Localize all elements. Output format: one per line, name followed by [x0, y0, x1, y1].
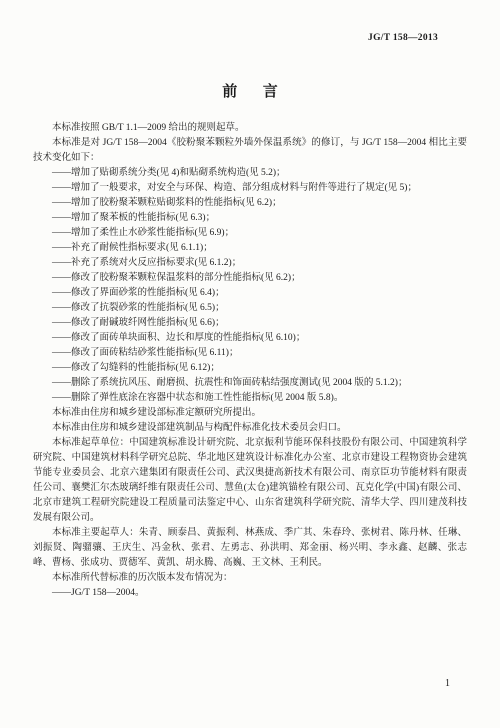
- paragraph: ——修改了面砖粘结砂浆性能指标(见 6.11)；: [33, 346, 467, 361]
- paragraph: 本标准主要起草人：朱青、顾泰昌、黄振利、林燕成、季广其、朱春玲、张树君、陈丹林、…: [33, 526, 467, 571]
- paragraph: ——删除了弹性底涂在容器中状态和施工性性能指标(见 2004 版 5.8)。: [33, 391, 467, 406]
- paragraph: ——增加了柔性止水砂浆性能指标(见 6.9)；: [33, 226, 467, 241]
- standard-number-header: JG/T 158—2013: [368, 33, 438, 43]
- document-page: JG/T 158—2013 前言 本标准按照 GB/T 1.1—2009 给出的…: [0, 0, 500, 728]
- paragraph: ——修改了胶粉聚苯颗粒保温浆料的部分性能指标(见 6.2)；: [33, 271, 467, 286]
- paragraph: 本标准按照 GB/T 1.1—2009 给出的规则起草。: [33, 121, 467, 136]
- paragraph: ——JG/T 158—2004。: [33, 586, 467, 601]
- foreword-body: 本标准按照 GB/T 1.1—2009 给出的规则起草。本标准是对 JG/T 1…: [33, 121, 467, 601]
- paragraph: ——增加了贴砌系统分类(见 4)和贴砌系统构造(见 5.2)；: [33, 166, 467, 181]
- paragraph: ——删除了系统抗风压、耐磨损、抗震性和饰面砖粘结强度测试(见 2004 版的 5…: [33, 376, 467, 391]
- paragraph: ——修改了界面砂浆的性能指标(见 6.4)；: [33, 286, 467, 301]
- paragraph: ——修改了耐碱玻纤网性能指标(见 6.6)；: [33, 316, 467, 331]
- paragraph: 本标准起草单位：中国建筑标准设计研究院、北京振利节能环保科技股份有限公司、中国建…: [33, 436, 467, 526]
- paragraph: 本标准所代替标准的历次版本发布情况为：: [33, 571, 467, 586]
- foreword-title: 前言: [0, 80, 500, 101]
- paragraph: ——修改了面砖单块面积、边长和厚度的性能指标(见 6.10)；: [33, 331, 467, 346]
- page-number: 1: [445, 678, 450, 689]
- paragraph: ——增加了胶粉聚苯颗粒贴砌浆料的性能指标(见 6.2)；: [33, 196, 467, 211]
- paragraph: 本标准是对 JG/T 158—2004《胶粉聚苯颗粒外墙外保温系统》的修订，与 …: [33, 136, 467, 166]
- paragraph: ——补充了耐候性指标要求(见 6.1.1)；: [33, 241, 467, 256]
- paragraph: ——补充了系统对火反应指标要求(见 6.1.2)；: [33, 256, 467, 271]
- paragraph: ——增加了聚苯板的性能指标(见 6.3)；: [33, 211, 467, 226]
- paragraph: ——修改了勾缝料的性能指标(见 6.12)；: [33, 361, 467, 376]
- paragraph: ——增加了一般要求，对安全与环保、构造、部分组成材料与附件等进行了规定(见 5)…: [33, 181, 467, 196]
- paragraph: ——修改了抗裂砂浆的性能指标(见 6.5)；: [33, 301, 467, 316]
- paragraph: 本标准由住房和城乡建设部标准定额研究所提出。: [33, 406, 467, 421]
- paragraph: 本标准由住房和城乡建设部建筑制品与构配件标准化技术委员会归口。: [33, 421, 467, 436]
